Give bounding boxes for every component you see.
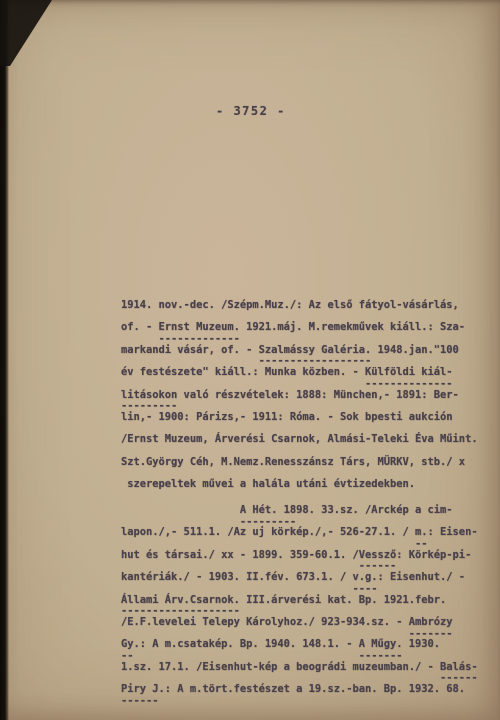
bibliography-paragraph-1: 1914. nov.-dec. /Szépm.Muz./: Az első fá… [121, 299, 493, 501]
scan-edge-shadow [0, 0, 9, 720]
typed-line: /E.F.levelei Telepy Károlyhoz./ 923-934.… [121, 616, 493, 638]
typed-line: Piry J.: A m.tört.festészet a 19.sz.-ban… [121, 683, 493, 705]
typed-text: lapon./,- 511.1. /Az uj körkép./,- 526-2… [121, 526, 478, 538]
typed-text: /Ernst Muzeum, Árverési Csarnok, Almási-… [121, 433, 478, 445]
typed-line: A Hét. 1898. 33.sz. /Arckép a cim- -----… [121, 504, 493, 526]
page-number: - 3752 - [216, 104, 286, 118]
document-scan: - 3752 - 1914. nov.-dec. /Szépm.Muz./: A… [0, 0, 500, 720]
typed-text: év festészete" kiáll.: Munka közben. - K… [121, 366, 453, 378]
typed-line: hut és társai./ xx - 1899. 359-60.1. /Ve… [121, 549, 493, 571]
typed-text: litásokon való részvételek: 1888: Münche… [121, 389, 459, 401]
typed-text: markandi vásár, of. - Szalmássy Galéria.… [121, 344, 459, 356]
typed-line: lin,- 1900: Párizs,- 1911: Róma. - Sok b… [121, 411, 493, 433]
typed-text: Piry J.: A m.tört.festészet a 19.sz.-ban… [121, 683, 465, 695]
scan-corner-shadow [0, 0, 52, 66]
typed-text: szerepeltek művei a halála utáni évtized… [121, 478, 415, 490]
typed-line: Állami Árv.Csarnok. III.árverési kat. Bp… [121, 594, 493, 616]
typed-text: Állami Árv.Csarnok. III.árverési kat. Bp… [121, 594, 446, 606]
typed-line: kantériák./ - 1903. II.fév. 673.1. / v.g… [121, 571, 493, 593]
typed-text: kantériák./ - 1903. II.fév. 673.1. / v.g… [121, 571, 465, 583]
typed-line: of. - Ernst Muzeum. 1921.máj. M.remekműv… [121, 321, 493, 343]
typed-text: Gy.: A m.csatakép. Bp. 1940. 148.1. - A … [121, 638, 440, 650]
typed-line: 1914. nov.-dec. /Szépm.Muz./: Az első fá… [121, 299, 493, 321]
typed-text: 1.sz. 17.1. /Eisenhut-kép a beográdi muz… [121, 661, 478, 673]
typed-underline: ------ [121, 695, 159, 707]
typed-text: A Hét. 1898. 33.sz. /Arckép a cim- [121, 504, 453, 516]
bibliography-paragraph-2: A Hét. 1898. 33.sz. /Arckép a cim- -----… [121, 504, 493, 706]
typed-line: 1.sz. 17.1. /Eisenhut-kép a beográdi muz… [121, 661, 493, 683]
typed-line: markandi vásár, of. - Szalmássy Galéria.… [121, 344, 493, 366]
typed-text: /E.F.levelei Telepy Károlyhoz./ 923-934.… [121, 616, 453, 628]
typed-line: Gy.: A m.csatakép. Bp. 1940. 148.1. - A … [121, 638, 493, 660]
typed-text: 1914. nov.-dec. /Szépm.Muz./: Az első fá… [121, 299, 459, 311]
typed-line: szerepeltek művei a halála utáni évtized… [121, 478, 493, 500]
typed-line: év festészete" kiáll.: Munka közben. - K… [121, 366, 493, 388]
typed-text: hut és társai./ xx - 1899. 359-60.1. /Ve… [121, 549, 471, 561]
typed-line: lapon./,- 511.1. /Az uj körkép./,- 526-2… [121, 526, 493, 548]
typed-text: of. - Ernst Muzeum. 1921.máj. M.remekműv… [121, 321, 465, 333]
typed-text: lin,- 1900: Párizs,- 1911: Róma. - Sok b… [121, 411, 453, 423]
typed-line: litásokon való részvételek: 1888: Münche… [121, 389, 493, 411]
typed-line: /Ernst Muzeum, Árverési Csarnok, Almási-… [121, 433, 493, 455]
typed-text: Szt.György Céh, M.Nemz.Renesszánsz Társ,… [121, 456, 465, 468]
typed-line: Szt.György Céh, M.Nemz.Renesszánsz Társ,… [121, 456, 493, 478]
